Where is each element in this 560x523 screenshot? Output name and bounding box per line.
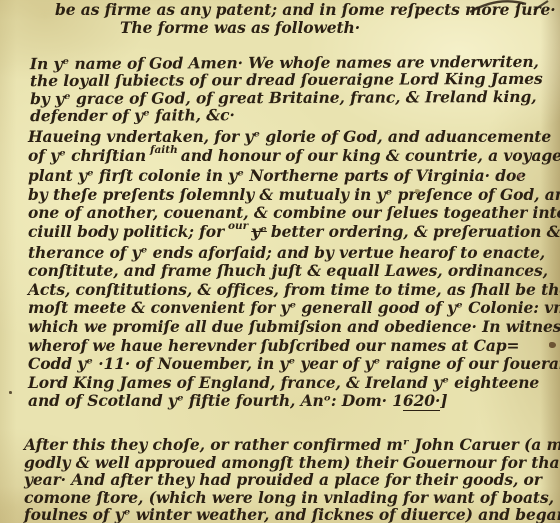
- line-text: better ordering, & preſeruation & fur=: [271, 222, 560, 241]
- manuscript-line: comone ſtore, (which were long in vnladi…: [24, 489, 560, 507]
- inserted-word-faith: faith: [150, 141, 178, 160]
- compact-body-paragraph: Haueing vndertaken, for yᵉ glorie of God…: [28, 128, 560, 411]
- manuscript-line: one of another, couenant, & combine our …: [28, 204, 560, 223]
- manuscript-line: therance of yᵉ ends aforſaid; and by ver…: [28, 244, 560, 263]
- manuscript-line: year· And after they had prouided a plac…: [24, 471, 560, 489]
- closing-bracket: ]: [440, 391, 447, 410]
- manuscript-line: wherof we haue herevnder ſubſcribed our …: [28, 337, 560, 356]
- manuscript-line: and of Scotland yᵉ fiftie fourth, Anᵒ: D…: [28, 392, 560, 411]
- inserted-word-our: our: [228, 217, 248, 236]
- manuscript-page: be as firme as any patent; and in ſome r…: [0, 0, 560, 523]
- manuscript-line: Acts, conſtitutions, & offices, from tim…: [28, 281, 560, 300]
- manuscript-line: foulnes of yᵉ winter weather, and ſickne…: [24, 506, 560, 523]
- manuscript-line: by yᵉ grace of God, of great Britaine, f…: [30, 88, 543, 108]
- manuscript-line: Codd yᵉ ·11· of Nouember, in yᵉ year of …: [28, 355, 560, 374]
- manuscript-line: plant yᵉ firſt colonie in yᵉ Northerne p…: [28, 167, 560, 186]
- struck-word: yᵉ: [251, 222, 267, 241]
- manuscript-line: Haueing vndertaken, for yᵉ glorie of God…: [28, 128, 560, 147]
- manuscript-line: Lord King James of England, france, & Ir…: [28, 374, 560, 393]
- margin-dot: [9, 391, 12, 394]
- underlined-year: 620·: [403, 391, 440, 411]
- line-text: and honour of our king & countrie, a voy…: [181, 146, 560, 165]
- manuscript-line: by theſe preſents ſolemnly & mutualy in …: [28, 186, 560, 205]
- manuscript-line: of yᵉ chriſtianfaithand honour of our ki…: [28, 147, 560, 168]
- manuscript-line: conſtitute, and frame ſhuch juſt & equal…: [28, 262, 560, 281]
- manuscript-line: be as firme as any patent; and in ſome r…: [0, 1, 560, 19]
- manuscript-line: moſt meete & convenient for yᵉ generall …: [28, 299, 560, 318]
- manuscript-line: defender of yᵉ faith, &c·: [30, 105, 543, 125]
- line-text: ciuill body politick; for: [28, 222, 224, 241]
- ink-blot: [549, 342, 556, 348]
- invocation-paragraph: In yᵉ name of God Amen· We whoſe names a…: [30, 53, 543, 125]
- manuscript-line: which we promiſe all due ſubmiſsion and …: [28, 318, 560, 337]
- ink-blot: [518, 174, 522, 178]
- manuscript-line: After this they choſe, or rather confirm…: [24, 436, 560, 454]
- manuscript-line: ciuill body politick; forouryᵉbetter ord…: [28, 223, 560, 244]
- manuscript-line: godly & well approued amongſt them) thei…: [24, 454, 560, 472]
- line-text: and of Scotland yᵉ fiftie fourth, Anᵒ: D…: [28, 391, 403, 410]
- governor-paragraph: After this they choſe, or rather confirm…: [24, 436, 560, 523]
- manuscript-line: The forme was as followeth·: [0, 19, 560, 37]
- paper-stain: [415, 189, 420, 193]
- opening-note: be as firme as any patent; and in ſome r…: [0, 1, 560, 37]
- line-text: of yᵉ chriſtian: [28, 146, 146, 165]
